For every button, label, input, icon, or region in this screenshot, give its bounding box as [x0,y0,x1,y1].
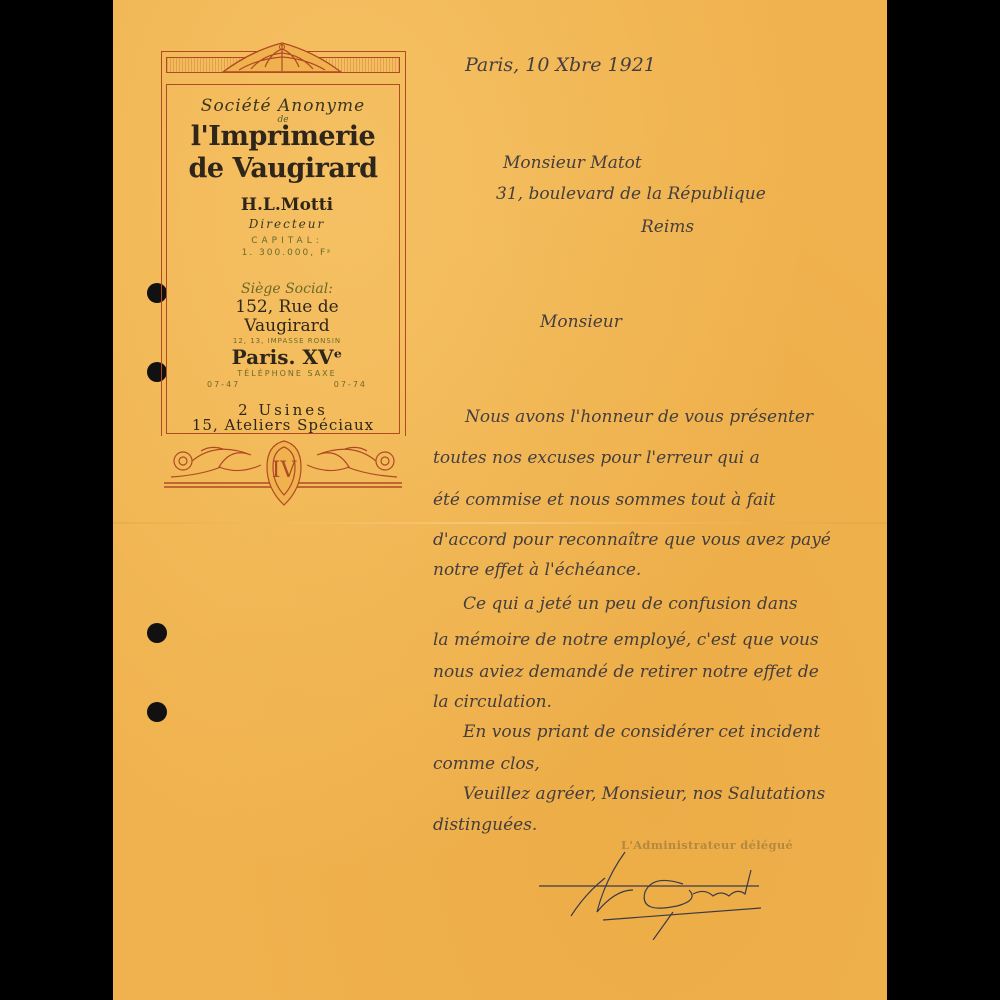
phone-numbers: 07-47 07-74 [207,380,367,389]
place-date: Paris, 10 Xbre 1921 [465,54,656,76]
letterhead-inner-frame: Société Anonyme de l'Imprimerie de Vaugi… [166,84,400,434]
punch-hole [147,623,167,643]
director-name: H.L.Motti [207,195,367,215]
company-name-line1: l'Imprimerie [167,121,399,152]
phone-number: 07-47 [207,380,240,389]
body-line: d'accord pour reconnaître que vous avez … [433,530,831,550]
paper-fold [113,522,887,524]
seat-label: Siège Social: [207,281,367,297]
scroll-ornament-icon: IV [161,437,407,509]
recipient-city: Reims [641,217,694,237]
body-line: nous aviez demandé de retirer notre effe… [433,662,819,682]
annex-address: 12, 13, IMPASSE RONSIN [207,337,367,345]
body-line: la circulation. [433,692,552,712]
company-name-line2: de Vaugirard [167,153,399,184]
salutation: Monsieur [540,312,622,332]
body-line: distinguées. [433,815,537,835]
body-line: En vous priant de considérer cet inciden… [463,722,820,742]
signature [533,850,773,940]
body-line: la mémoire de notre employé, c'est que v… [433,630,819,650]
phone-number: 07-74 [334,380,367,389]
director-title: Directeur [207,217,367,231]
street-address: 152, Rue de [207,297,367,317]
palmette-crest-icon [221,39,343,73]
svg-text:IV: IV [272,458,298,483]
body-line: Veuillez agréer, Monsieur, nos Salutatio… [463,784,825,804]
body-line: toutes nos excuses pour l'erreur qui a [433,448,760,468]
body-line: comme clos, [433,754,540,774]
recipient-street: 31, boulevard de la République [496,184,766,204]
street-address-2: Vaugirard [207,316,367,336]
workshops: 15, Ateliers Spéciaux [167,416,399,434]
punch-hole [147,702,167,722]
letter-paper: Société Anonyme de l'Imprimerie de Vaugi… [113,0,887,1000]
phone-label: TÉLÉPHONE SAXE [207,369,367,378]
body-line: Nous avons l'honneur de vous présenter [465,407,813,427]
body-line: Ce qui a jeté un peu de confusion dans [463,594,798,614]
city: Paris. XVᵉ [207,345,367,369]
capital-label: CAPITAL: [207,236,367,246]
body-line: notre effet à l'échéance. [433,560,641,580]
capital-value: 1. 300.000, Fᶳ [207,248,367,258]
company-type: Société Anonyme [167,96,399,116]
recipient-name: Monsieur Matot [503,153,642,173]
body-line: été commise et nous sommes tout à fait [433,490,775,510]
